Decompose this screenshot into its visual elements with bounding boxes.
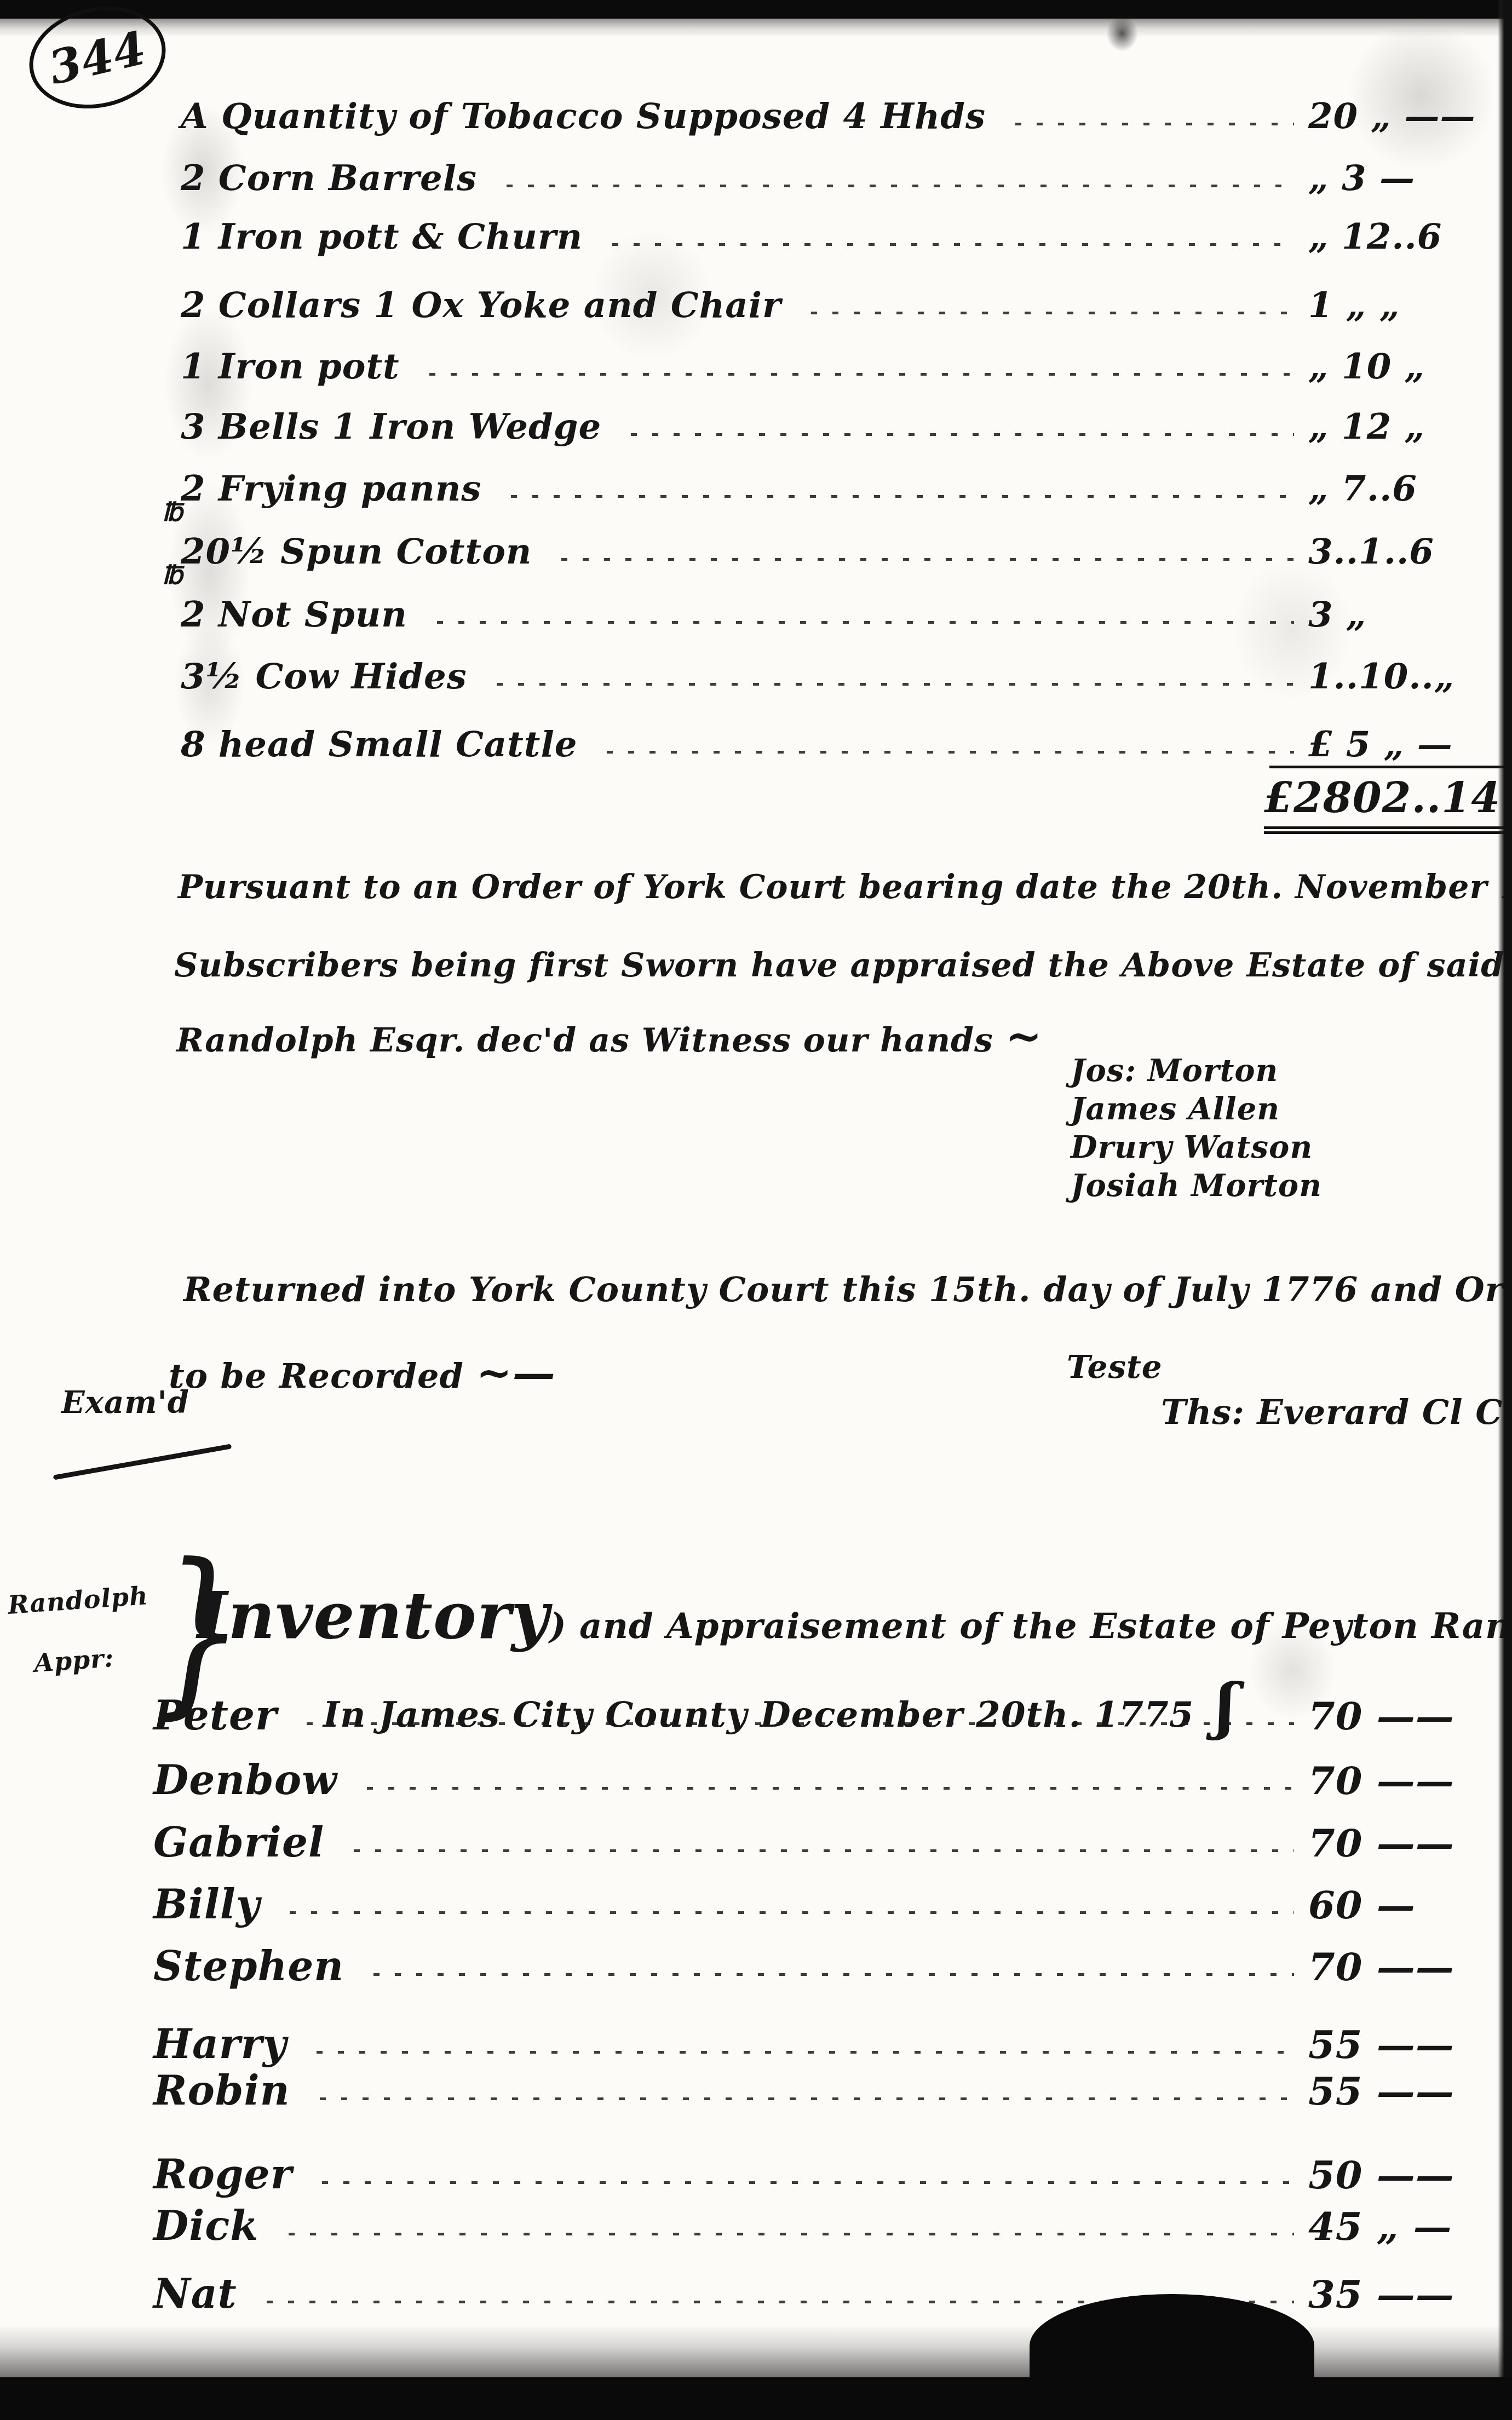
pound-weight-mark: ℔ — [162, 560, 183, 590]
item-label: 1 Iron pott & Churn — [181, 216, 583, 257]
heading-rest: ) and Appraisement of the Estate of Peyt… — [549, 1606, 1512, 1647]
pen-flourish-underline — [53, 1444, 232, 1480]
scan-edge-top-shade — [0, 19, 1512, 37]
person-name: Harry — [153, 2021, 287, 2068]
court-return-line-2: to be Recorded ~— — [169, 1348, 556, 1398]
signature: James Allen — [1071, 1091, 1280, 1127]
attestation-line-3-text: Randolph Esqr. dec'd as Witness our hand… — [176, 1021, 993, 1060]
name-row: Harry55 —— — [153, 2021, 1489, 2068]
item-label: 2 Collars 1 Ox Yoke and Chair — [181, 285, 781, 326]
person-name: Gabriel — [153, 1819, 324, 1866]
teste-label: Teste — [1067, 1348, 1163, 1386]
dotted-leader — [273, 2233, 1294, 2235]
item-value: „ 12..6 — [1308, 216, 1489, 257]
scan-edge-top — [0, 0, 1512, 19]
inventory-row: 1 Iron pott & Churn„ 12..6 — [181, 216, 1489, 257]
item-value: „ 10 „ — [1308, 346, 1489, 387]
dotted-leader — [546, 558, 1294, 561]
pen-flourish: ~ — [1005, 1010, 1043, 1062]
pen-flourish: ~— — [476, 1348, 555, 1398]
dotted-leader — [422, 621, 1294, 624]
item-label: 3 Bells 1 Iron Wedge — [181, 406, 601, 447]
person-name: Robin — [153, 2067, 290, 2114]
item-label: 3½ Cow Hides — [181, 656, 467, 697]
item-value: „ 7..6 — [1308, 468, 1489, 509]
inventory-row: 1 Iron pott„ 10 „ — [181, 346, 1489, 387]
name-row: Roger50 —— — [153, 2151, 1489, 2198]
item-value: „ 12 „ — [1308, 406, 1489, 447]
person-name: Stephen — [153, 1943, 344, 1990]
item-label: 1 Iron pott — [181, 346, 400, 387]
scan-edge-right — [1498, 0, 1512, 2420]
dotted-leader — [304, 2097, 1294, 2100]
page-number: 344 — [44, 20, 151, 95]
item-label: 8 head Small Cattle — [181, 724, 577, 765]
dotted-leader — [358, 1973, 1294, 1976]
item-label: 20½ Spun Cotton — [181, 531, 532, 572]
dotted-leader — [616, 433, 1294, 436]
person-name: Nat — [153, 2270, 237, 2318]
scan-edge-bottom — [0, 2377, 1512, 2420]
person-value: 45 „ — — [1308, 2204, 1489, 2249]
item-value: 3 „ — [1308, 594, 1489, 635]
dotted-leader — [1000, 123, 1294, 125]
inventory-row: 2 Corn Barrels„ 3 — — [181, 158, 1489, 199]
person-name: Billy — [153, 1881, 260, 1928]
court-return-line-2-text: to be Recorded — [169, 1356, 464, 1396]
inventory-row: 2 Frying panns„ 7..6 — [181, 468, 1489, 509]
inventory-row: 2 Collars 1 Ox Yoke and Chair1 „ „ — [181, 285, 1489, 326]
person-name: Roger — [153, 2151, 292, 2198]
item-value: 1 „ „ — [1308, 285, 1489, 326]
inventory-row: ℔2 Not Spun3 „ — [181, 594, 1489, 635]
inventory-row: 3 Bells 1 Iron Wedge„ 12 „ — [181, 406, 1489, 447]
signature: Josiah Morton — [1071, 1168, 1322, 1204]
item-value: „ 3 — — [1308, 158, 1489, 199]
inventory-total: £2802..14 — — [1264, 773, 1510, 834]
item-label: A Quantity of Tobacco Supposed 4 Hhds — [181, 96, 986, 137]
dotted-leader — [591, 751, 1294, 754]
inventory-row: A Quantity of Tobacco Supposed 4 Hhds20 … — [181, 96, 1489, 137]
person-value: 55 —— — [1308, 2068, 1489, 2114]
document-page: 344 A Quantity of Tobacco Supposed 4 Hhd… — [0, 0, 1512, 2420]
court-return-line-1: Returned into York County Court this 15t… — [183, 1269, 1512, 1309]
item-label: 2 Corn Barrels — [181, 158, 477, 199]
name-row: Stephen70 —— — [153, 1943, 1489, 1990]
name-row: Billy60 — — [153, 1881, 1489, 1928]
person-value: 70 —— — [1308, 1820, 1489, 1866]
person-value: 35 —— — [1308, 2272, 1489, 2317]
attestation-line-3: Randolph Esqr. dec'd as Witness our hand… — [176, 1010, 1043, 1062]
person-value: 60 — — [1308, 1882, 1489, 1928]
dotted-leader — [338, 1849, 1294, 1852]
dotted-leader — [274, 1911, 1294, 1914]
dotted-leader — [352, 1787, 1294, 1790]
attestation-line-2: Subscribers being first Sworn have appra… — [174, 946, 1512, 985]
person-name: Denbow — [153, 1757, 337, 1804]
examined-note: Exam'd — [61, 1384, 189, 1421]
person-value: 70 —— — [1308, 1693, 1489, 1739]
margin-note-appr: Appr: — [33, 1643, 115, 1678]
attestation-line-1: Pursuant to an Order of York Court beari… — [178, 868, 1512, 906]
name-row: Gabriel70 —— — [153, 1819, 1489, 1866]
name-row: Nat35 —— — [153, 2270, 1489, 2318]
person-value: 70 —— — [1308, 1944, 1489, 1990]
dotted-leader — [307, 2181, 1294, 2184]
second-inventory-heading: Inventory ) and Appraisement of the Esta… — [197, 1577, 1512, 1653]
dotted-leader — [491, 185, 1294, 187]
person-name: Dick — [153, 2203, 259, 2250]
item-label: 2 Not Spun — [181, 594, 407, 635]
name-row: Robin55 —— — [153, 2067, 1489, 2114]
dotted-leader — [291, 1722, 1294, 1725]
item-value: 20 „ —— — [1308, 96, 1489, 137]
name-row: Denbow70 —— — [153, 1757, 1489, 1804]
total-rule — [1269, 766, 1508, 768]
margin-note-randolph: Randolph — [7, 1580, 149, 1620]
dotted-leader — [796, 312, 1294, 314]
clerk-signature: Ths: Everard Cl Cur — [1161, 1392, 1512, 1432]
person-value: 70 —— — [1308, 1758, 1489, 1803]
inventory-row: 8 head Small Cattle£ 5 „ — — [181, 724, 1489, 765]
dotted-leader — [481, 683, 1294, 686]
pound-weight-mark: ℔ — [162, 497, 183, 527]
inventory-row: ℔20½ Spun Cotton3..1..6 — [181, 531, 1489, 572]
person-value: 50 —— — [1308, 2152, 1489, 2198]
person-value: 55 —— — [1308, 2022, 1489, 2067]
inventory-row: 3½ Cow Hides1..10..„ — [181, 656, 1489, 697]
name-row: Peter70 —— — [153, 1692, 1489, 1739]
heading-inventory-word: Inventory — [197, 1577, 549, 1653]
item-value: £ 5 „ — — [1308, 724, 1489, 765]
dotted-leader — [496, 495, 1294, 498]
dotted-leader — [301, 2051, 1294, 2054]
dotted-leader — [597, 243, 1294, 246]
item-value: 3..1..6 — [1308, 531, 1489, 572]
person-name: Peter — [153, 1692, 277, 1739]
signature: Drury Watson — [1071, 1129, 1313, 1165]
item-label: 2 Frying panns — [181, 468, 481, 509]
item-value: 1..10..„ — [1308, 656, 1489, 697]
name-row: Dick45 „ — — [153, 2203, 1489, 2250]
dotted-leader — [414, 373, 1294, 376]
signature: Jos: Morton — [1071, 1053, 1278, 1089]
